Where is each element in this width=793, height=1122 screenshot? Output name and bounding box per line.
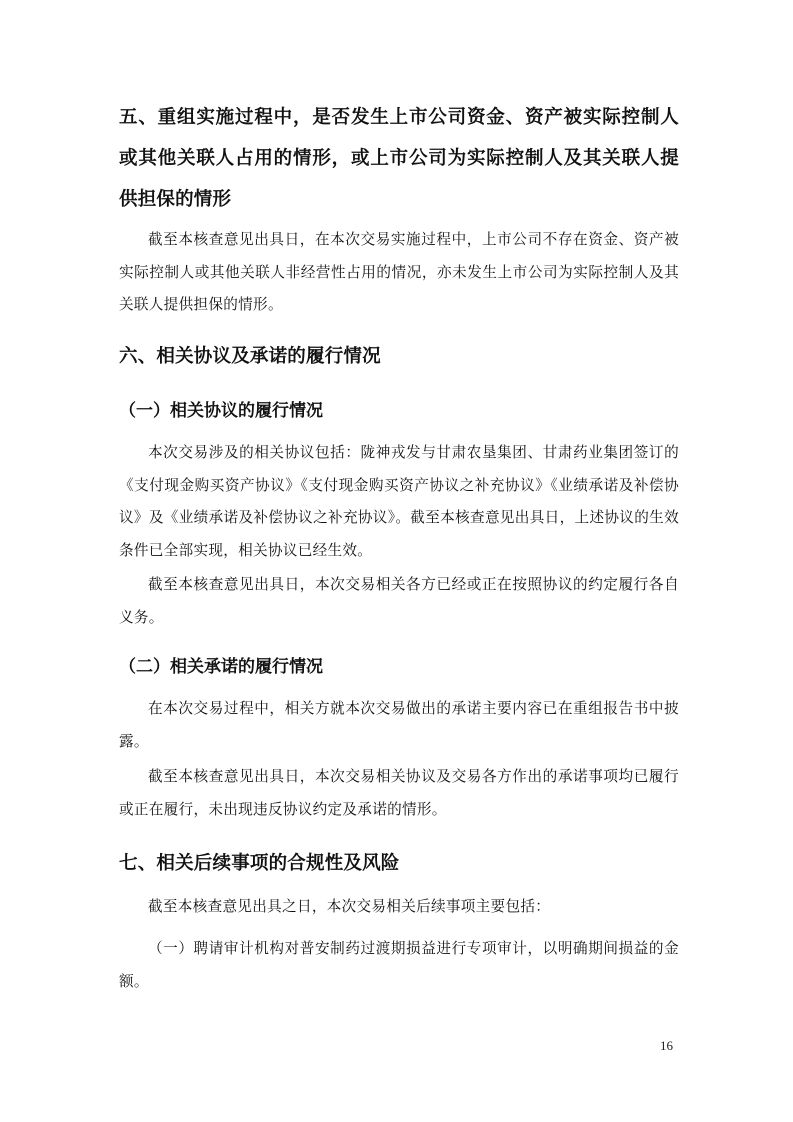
- section-7-paragraph-2: （一）聘请审计机构对普安制药过渡期损益进行专项审计，以明确期间损益的金额。: [119, 933, 679, 998]
- page-number: 16: [660, 1038, 673, 1054]
- section-5-paragraph-1: 截至本核查意见出具日，在本次交易实施过程中，上市公司不存在资金、资产被实际控制人…: [119, 224, 679, 322]
- subsection-6-1-paragraph-2: 截至本核查意见出具日，本次交易相关各方已经或正在按照协议的约定履行各自义务。: [119, 569, 679, 634]
- section-heading-6: 六、相关协议及承诺的履行情况: [119, 336, 679, 377]
- subsection-heading-6-2: （二）相关承诺的履行情况: [119, 652, 679, 682]
- subsection-heading-6-1: （一）相关协议的履行情况: [119, 396, 679, 426]
- section-heading-5: 五、重组实施过程中，是否发生上市公司资金、资产被实际控制人或其他关联人占用的情形…: [119, 97, 679, 220]
- section-heading-7: 七、相关后续事项的合规性及风险: [119, 843, 679, 884]
- subsection-6-1-paragraph-1: 本次交易涉及的相关协议包括：陇神戎发与甘肃农垦集团、甘肃药业集团签订的《支付现金…: [119, 437, 679, 567]
- subsection-6-2-paragraph-1: 在本次交易过程中，相关方就本次交易做出的承诺主要内容已在重组报告书中披露。: [119, 693, 679, 758]
- subsection-6-2-paragraph-2: 截至本核查意见出具日，本次交易相关协议及交易各方作出的承诺事项均已履行或正在履行…: [119, 761, 679, 826]
- section-7-paragraph-1: 截至本核查意见出具之日，本次交易相关后续事项主要包括：: [119, 891, 679, 924]
